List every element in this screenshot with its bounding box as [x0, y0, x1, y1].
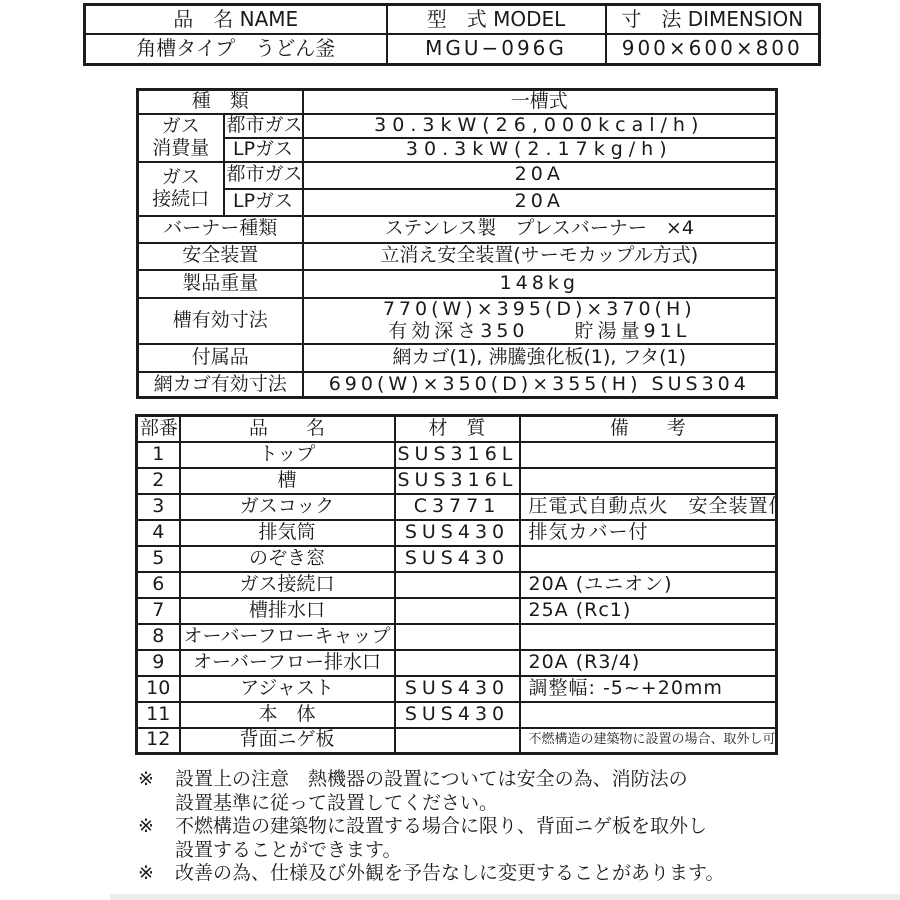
parts-row-5: 5 のぞき窓 SUS430 [137, 546, 777, 572]
weight-value: 148kg [303, 270, 777, 298]
parts-row-10: 10 アジャスト SUS430 調整幅: -5~+20mm [137, 676, 777, 702]
parts-header-no: 部番 [137, 416, 180, 442]
model-header: 型 式 MODEL [387, 5, 606, 34]
safety-label: 安全装置 [138, 243, 303, 270]
part-name: ガスコック [180, 494, 395, 520]
footnote-2-line2: 設置することができます。 [175, 839, 707, 863]
gas-consumption-label-line2: 消費量 [141, 138, 221, 160]
parts-header-name: 品 名 [180, 416, 395, 442]
part-no: 1 [137, 442, 180, 468]
part-material [395, 624, 520, 650]
product-name: 角槽タイプ うどん釜 [85, 34, 387, 65]
gas-consumption-label: ガス 消費量 [138, 114, 224, 162]
consumption-lp-gas-value: 30.3kW(2.17kg/h) [303, 138, 777, 162]
part-no: 9 [137, 650, 180, 676]
footnotes: ※ 設置上の注意 熱機器の設置については安全の為、消防法の 設置基準に従って設置… [138, 768, 838, 886]
photo-bottom-edge [110, 894, 900, 900]
parts-row-3: 3 ガスコック C3771 圧電式自動点火 安全装置付 [137, 494, 777, 520]
part-name: 背面ニゲ板 [180, 728, 395, 754]
part-name: 槽排水口 [180, 598, 395, 624]
part-no: 5 [137, 546, 180, 572]
gas-connection-label-line1: ガス [141, 167, 221, 189]
footnote-1-line2: 設置基準に従って設置してください。 [175, 792, 688, 816]
part-no: 8 [137, 624, 180, 650]
footnote-1-text: 設置上の注意 熱機器の設置については安全の為、消防法の 設置基準に従って設置して… [175, 768, 688, 815]
part-material: SUS430 [395, 676, 520, 702]
parts-row-2: 2 槽 SUS316L [137, 468, 777, 494]
part-material: SUS430 [395, 702, 520, 728]
part-remarks [520, 546, 777, 572]
gas-connection-label-line2: 接続口 [141, 189, 221, 211]
safety-value: 立消え安全装置(サーモカップル方式) [303, 243, 777, 270]
part-remarks [520, 442, 777, 468]
part-name: オーバーフローキャップ [180, 624, 395, 650]
consumption-city-gas-value: 30.3kW(26,000kcal/h) [303, 114, 777, 138]
footnote-3: ※ 改善の為、仕様及び外観を予告なしに変更することがあります。 [138, 862, 838, 886]
burner-value: ステンレス製 プレスバーナー ×4 [303, 216, 777, 243]
tank-size-value-line2: 有効深さ350 貯湯量91L [306, 321, 774, 343]
part-remarks: 20A (R3/4) [520, 650, 777, 676]
part-name: ガス接続口 [180, 572, 395, 598]
dimension-header: 寸 法 DIMENSION [606, 5, 820, 34]
weight-label: 製品重量 [138, 270, 303, 298]
footnote-1-line1: 設置上の注意 熱機器の設置については安全の為、消防法の [175, 768, 688, 792]
part-no: 4 [137, 520, 180, 546]
parts-row-8: 8 オーバーフローキャップ [137, 624, 777, 650]
tank-size-value: 770(W)×395(D)×370(H) 有効深さ350 貯湯量91L [303, 298, 777, 344]
part-name: アジャスト [180, 676, 395, 702]
parts-row-11: 11 本 体 SUS430 [137, 702, 777, 728]
parts-header-material: 材 質 [395, 416, 520, 442]
part-remarks [520, 468, 777, 494]
part-remarks [520, 624, 777, 650]
accessories-value: 網カゴ(1), 沸騰強化板(1), フタ(1) [303, 344, 777, 372]
parts-row-12: 12 背面ニゲ板 不燃構造の建築物に設置の場合、取外し可 [137, 728, 777, 754]
footnote-3-text: 改善の為、仕様及び外観を予告なしに変更することがあります。 [175, 862, 724, 886]
product-model: MGU−096G [387, 34, 606, 65]
part-material: SUS430 [395, 546, 520, 572]
part-material: SUS430 [395, 520, 520, 546]
accessories-label: 付属品 [138, 344, 303, 372]
part-no: 12 [137, 728, 180, 754]
consumption-lp-gas-label: LPガス [224, 138, 303, 162]
connection-city-gas-label: 都市ガス [224, 162, 303, 189]
part-remarks: 調整幅: -5~+20mm [520, 676, 777, 702]
part-no: 10 [137, 676, 180, 702]
connection-city-gas-value: 20A [303, 162, 777, 189]
part-name: トップ [180, 442, 395, 468]
gas-consumption-label-line1: ガス [141, 116, 221, 138]
specification-table: 種 類 一槽式 ガス 消費量 都市ガス 30.3kW(26,000kcal/h)… [136, 88, 778, 399]
parts-row-6: 6 ガス接続口 20A (ユニオン) [137, 572, 777, 598]
parts-row-1: 1 トップ SUS316L [137, 442, 777, 468]
part-name: のぞき窓 [180, 546, 395, 572]
parts-header-remarks: 備 考 [520, 416, 777, 442]
part-remarks: 排気カバー付 [520, 520, 777, 546]
part-remarks [520, 702, 777, 728]
part-name: 槽 [180, 468, 395, 494]
part-no: 6 [137, 572, 180, 598]
footnote-2-text: 不燃構造の建築物に設置する場合に限り、背面ニゲ板を取外し 設置することができます… [175, 815, 707, 862]
reference-mark: ※ [138, 862, 175, 886]
part-remarks: 圧電式自動点火 安全装置付 [520, 494, 777, 520]
gas-connection-label: ガス 接続口 [138, 162, 224, 216]
part-name: 本 体 [180, 702, 395, 728]
parts-table: 部番 品 名 材 質 備 考 1 トップ SUS316L 2 槽 SUS316L… [135, 414, 778, 755]
part-material [395, 650, 520, 676]
burner-label: バーナー種類 [138, 216, 303, 243]
reference-mark: ※ [138, 815, 175, 839]
product-dimension: 900×600×800 [606, 34, 820, 65]
part-no: 2 [137, 468, 180, 494]
connection-lp-gas-label: LPガス [224, 189, 303, 216]
part-remarks: 不燃構造の建築物に設置の場合、取外し可 [520, 728, 777, 754]
reference-mark: ※ [138, 768, 175, 792]
part-material: SUS316L [395, 442, 520, 468]
kind-value: 一槽式 [303, 90, 777, 114]
part-material: SUS316L [395, 468, 520, 494]
basket-size-value: 690(W)×350(D)×355(H) SUS304 [303, 372, 777, 398]
connection-lp-gas-value: 20A [303, 189, 777, 216]
part-material: C3771 [395, 494, 520, 520]
part-name: 排気筒 [180, 520, 395, 546]
footnote-2: ※ 不燃構造の建築物に設置する場合に限り、背面ニゲ板を取外し 設置することができ… [138, 815, 838, 862]
tank-size-value-line1: 770(W)×395(D)×370(H) [306, 299, 774, 321]
basket-size-label: 網カゴ有効寸法 [138, 372, 303, 398]
part-material [395, 572, 520, 598]
parts-row-9: 9 オーバーフロー排水口 20A (R3/4) [137, 650, 777, 676]
footnote-1: ※ 設置上の注意 熱機器の設置については安全の為、消防法の 設置基準に従って設置… [138, 768, 838, 815]
parts-row-4: 4 排気筒 SUS430 排気カバー付 [137, 520, 777, 546]
tank-size-label: 槽有効寸法 [138, 298, 303, 344]
part-no: 11 [137, 702, 180, 728]
part-remarks: 20A (ユニオン) [520, 572, 777, 598]
spec-sheet-page: 品 名 NAME 型 式 MODEL 寸 法 DIMENSION 角槽タイプ う… [0, 0, 900, 900]
consumption-city-gas-label: 都市ガス [224, 114, 303, 138]
part-no: 7 [137, 598, 180, 624]
part-material [395, 598, 520, 624]
footnote-3-line1: 改善の為、仕様及び外観を予告なしに変更することがあります。 [175, 862, 724, 886]
parts-row-7: 7 槽排水口 25A (Rc1) [137, 598, 777, 624]
part-material [395, 728, 520, 754]
part-remarks: 25A (Rc1) [520, 598, 777, 624]
kind-label: 種 類 [138, 90, 303, 114]
footnote-2-line1: 不燃構造の建築物に設置する場合に限り、背面ニゲ板を取外し [175, 815, 707, 839]
product-header-table: 品 名 NAME 型 式 MODEL 寸 法 DIMENSION 角槽タイプ う… [83, 3, 821, 66]
name-header: 品 名 NAME [85, 5, 387, 34]
part-name: オーバーフロー排水口 [180, 650, 395, 676]
part-no: 3 [137, 494, 180, 520]
